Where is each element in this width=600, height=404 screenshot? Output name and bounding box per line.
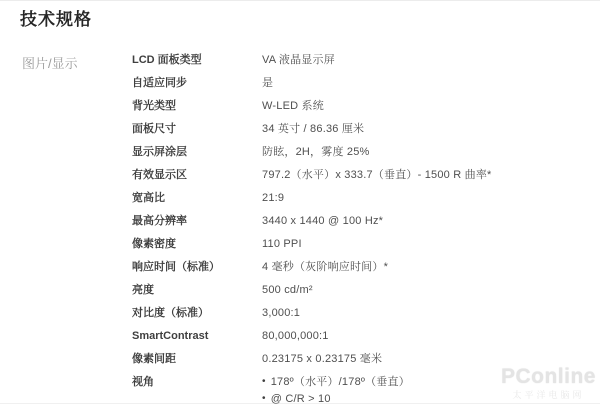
spec-label: 响应时间（标准） [132,261,262,273]
spec-row: 响应时间（标准）4 毫秒（灰阶响应时间）* [132,256,600,279]
spec-row: 像素密度110 PPI [132,233,600,256]
spec-value: 3,000:1 [262,307,360,319]
spec-row: 显示屏涂层防眩，2H，雾度 25% [132,141,600,164]
spec-value: 500 cd/m² [262,284,373,296]
bullet-icon: • [262,393,266,404]
spec-row: 像素间距0.23175 x 0.23175 毫米 [132,348,600,371]
spec-value: 797.2（水平）x 333.7（垂直）- 1500 R 曲率* [262,169,552,181]
spec-value-bullet-line: •178º（水平）/178º（垂直） [262,376,410,388]
spec-value: 21:9 [262,192,344,204]
spec-value-bullet-line: •@ C/R > 10 [262,393,410,404]
page-title: 技术规格 [0,1,600,28]
spec-value: 110 PPI [262,238,362,250]
spec-row: SmartContrast80,000,000:1 [132,325,600,348]
spec-label: 宽高比 [132,192,262,204]
spec-row: 背光类型W-LED 系统 [132,95,600,118]
spec-label: 自适应同步 [132,77,262,89]
spec-label: 最高分辨率 [132,215,262,227]
spec-label: 视角 [132,376,262,388]
spec-value: 3440 x 1440 @ 100 Hz* [262,215,443,227]
spec-label: 显示屏涂层 [132,146,262,158]
spec-row: 有效显示区797.2（水平）x 333.7（垂直）- 1500 R 曲率* [132,164,600,187]
spec-label: 背光类型 [132,100,262,112]
spec-row: 亮度500 cd/m² [132,279,600,302]
spec-row: LCD 面板类型VA 液晶显示屏 [132,49,600,72]
spec-row: 自适应同步是 [132,72,600,95]
spec-value: W-LED 系统 [262,100,384,112]
section-label-picture-display: 图片/显示 [0,49,132,404]
spec-label: 对比度（标准） [132,307,262,319]
spec-row: 视角•178º（水平）/178º（垂直）•@ C/R > 10 [132,371,600,404]
spec-label: LCD 面板类型 [132,54,262,66]
spec-row: 面板尺寸34 英寸 / 86.36 厘米 [132,118,600,141]
spec-row: 最高分辨率3440 x 1440 @ 100 Hz* [132,210,600,233]
spec-page: 技术规格 图片/显示 LCD 面板类型VA 液晶显示屏自适应同步是背光类型W-L… [0,0,600,404]
spec-content: 图片/显示 LCD 面板类型VA 液晶显示屏自适应同步是背光类型W-LED 系统… [0,49,600,404]
spec-label: 面板尺寸 [132,123,262,135]
spec-value: 80,000,000:1 [262,330,389,342]
spec-table: LCD 面板类型VA 液晶显示屏自适应同步是背光类型W-LED 系统面板尺寸34… [132,49,600,404]
spec-row: 宽高比21:9 [132,187,600,210]
spec-value: VA 液晶显示屏 [262,54,395,66]
spec-value: 0.23175 x 0.23175 毫米 [262,353,442,365]
spec-value: 34 英寸 / 86.36 厘米 [262,123,424,135]
spec-label: SmartContrast [132,330,262,342]
spec-row: 对比度（标准）3,000:1 [132,302,600,325]
bullet-text: @ C/R > 10 [271,393,331,404]
spec-value: 4 毫秒（灰阶响应时间）* [262,261,448,273]
bullet-text: 178º（水平）/178º（垂直） [271,376,410,388]
spec-value: 防眩，2H，雾度 25% [262,146,430,158]
spec-label: 像素间距 [132,353,262,365]
spec-label: 像素密度 [132,238,262,250]
spec-value: •178º（水平）/178º（垂直）•@ C/R > 10 [262,376,470,404]
spec-label: 亮度 [132,284,262,296]
spec-label: 有效显示区 [132,169,262,181]
spec-value: 是 [262,77,333,89]
bullet-icon: • [262,376,266,388]
